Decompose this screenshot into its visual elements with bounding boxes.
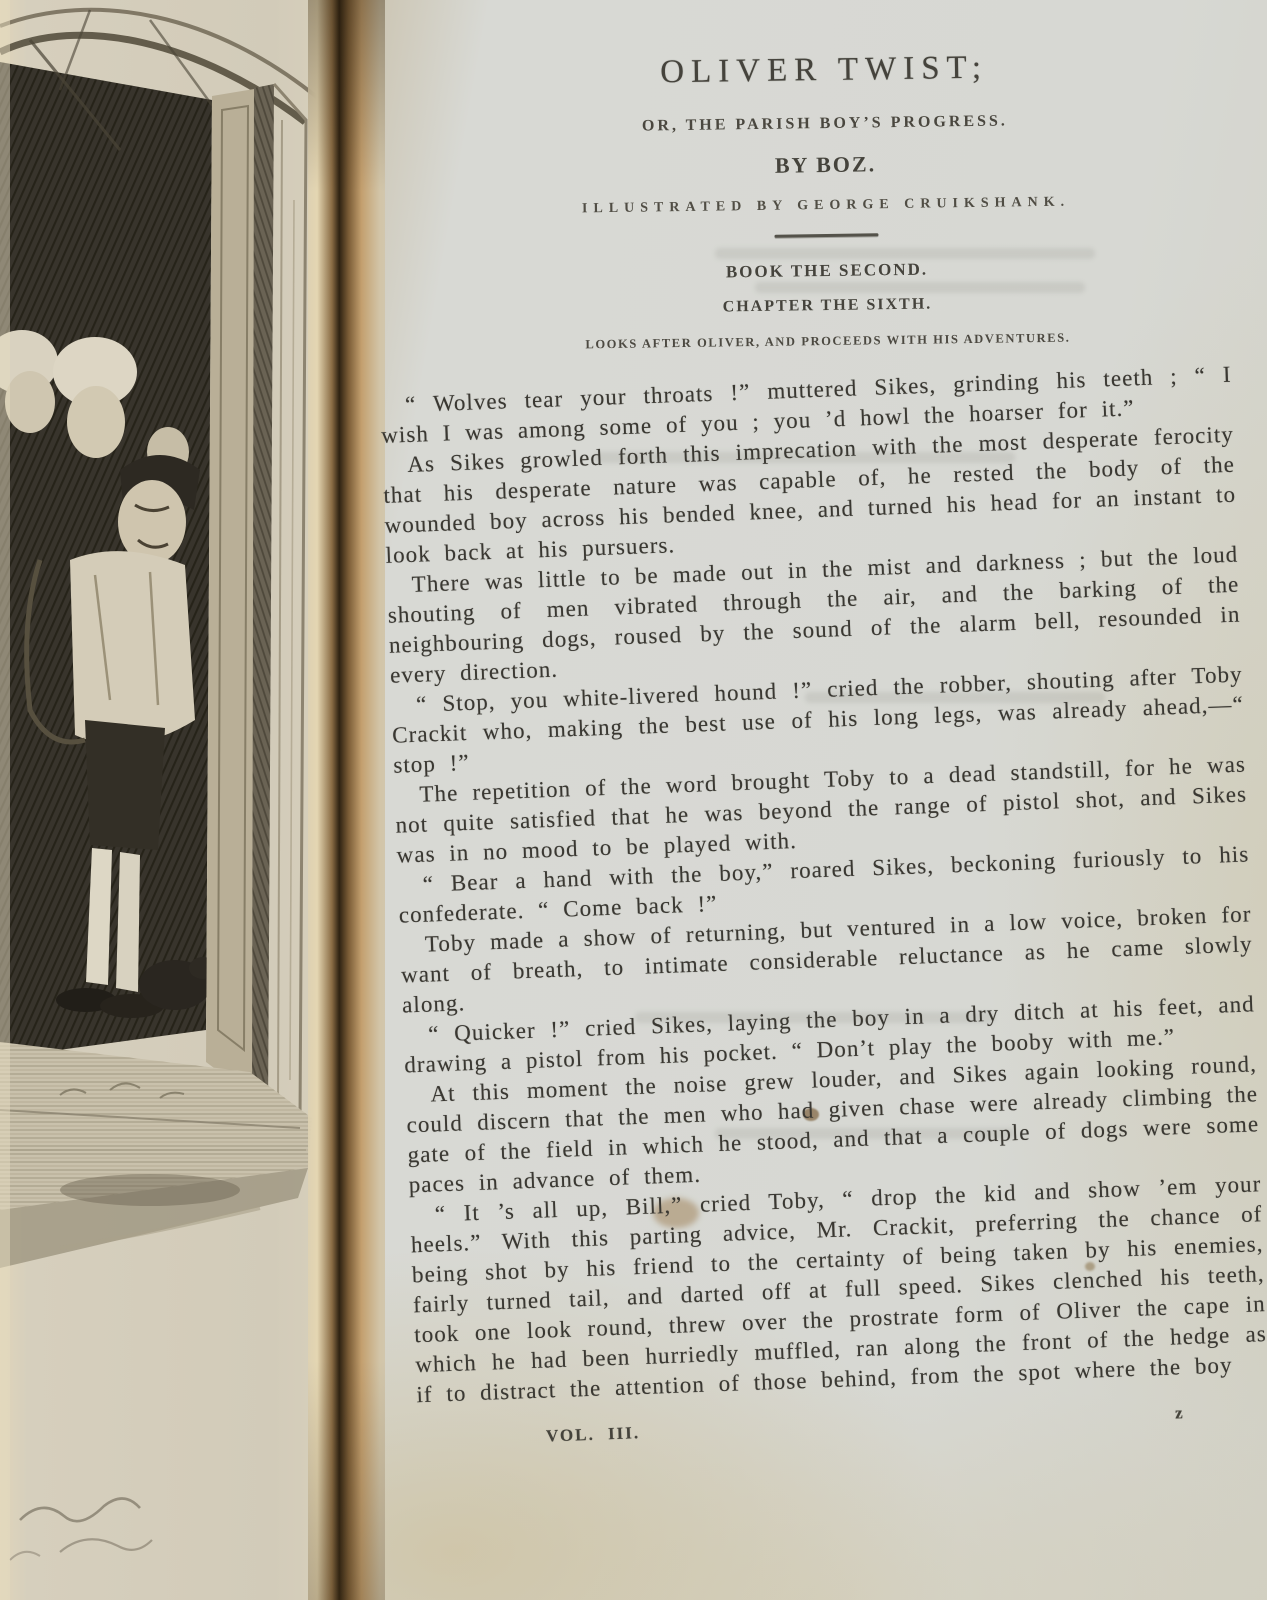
chapter-number: CHAPTER THE SIXTH.: [396, 291, 1258, 321]
body-text: “ Wolves tear your throats !” muttered S…: [380, 360, 1267, 1457]
right-page: OLIVER TWIST; OR, THE PARISH BOY’S PROGR…: [385, 0, 1267, 1600]
illustrator-credit: ILLUSTRATED BY GEORGE CRUIKSHANK.: [395, 192, 1257, 220]
chapter-header: OLIVER TWIST; OR, THE PARISH BOY’S PROGR…: [393, 46, 1259, 355]
chapter-summary: LOOKS AFTER OLIVER, AND PROCEEDS WITH HI…: [397, 328, 1259, 355]
signature-mark: z: [1174, 1398, 1184, 1428]
book-subtitle: OR, THE PARISH BOY’S PROGRESS.: [394, 109, 1256, 139]
paragraph: “ It ’s all up, Bill,” cried Toby, “ dro…: [409, 1169, 1267, 1410]
crowd-at-doorway-engraving-illustration: [0, 0, 340, 1600]
left-page: [0, 0, 340, 1600]
book-title: OLIVER TWIST;: [393, 46, 1255, 95]
volume-label: VOL. III.: [546, 1418, 641, 1451]
divider-rule: [774, 233, 878, 237]
book-photo: OLIVER TWIST; OR, THE PARISH BOY’S PROGR…: [0, 0, 1267, 1600]
author-byline: BY BOZ.: [394, 146, 1256, 184]
book-number: BOOK THE SECOND.: [396, 255, 1258, 287]
